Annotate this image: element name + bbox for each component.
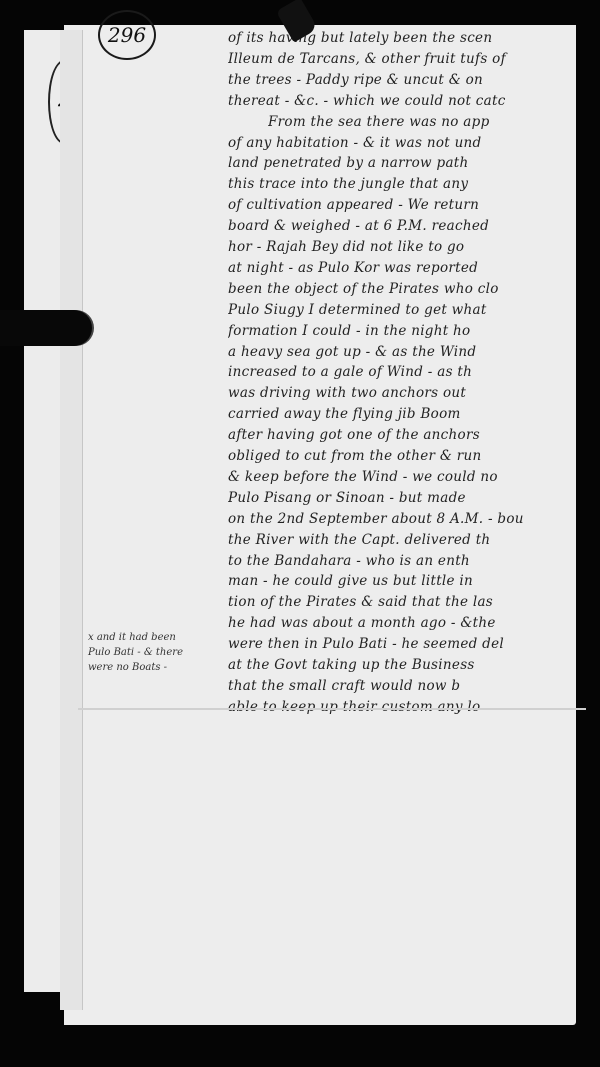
manuscript-line: the trees - Paddy ripe & uncut & on bbox=[228, 72, 590, 88]
manuscript-line: after having got one of the anchors bbox=[228, 427, 590, 443]
manuscript-line: Illeum de Tarcans, & other fruit tufs of bbox=[228, 51, 590, 67]
manuscript-line: man - he could give us but little in bbox=[228, 573, 590, 589]
manuscript-line: on the 2nd September about 8 A.M. - bou bbox=[228, 511, 590, 527]
manuscript-line: the River with the Capt. delivered th bbox=[228, 532, 590, 548]
manuscript-line: this trace into the jungle that any bbox=[228, 176, 590, 192]
manuscript-line: land penetrated by a narrow path bbox=[228, 155, 590, 171]
manuscript-line: formation I could - in the night ho bbox=[228, 323, 590, 339]
manuscript-line: of cultivation appeared - We return bbox=[228, 197, 590, 213]
manuscript-line: Pulo Pisang or Sinoan - but made bbox=[228, 490, 590, 506]
manuscript-line: thereat - &c. - which we could not catc bbox=[228, 93, 590, 109]
manuscript-line: Pulo Siugy I determined to get what bbox=[228, 302, 590, 318]
manuscript-line: been the object of the Pirates who clo bbox=[228, 281, 590, 297]
page-fold-line bbox=[78, 708, 598, 710]
manuscript-line: increased to a gale of Wind - as th bbox=[228, 364, 590, 380]
manuscript-line: & keep before the Wind - we could no bbox=[228, 469, 590, 485]
manuscript-line: were then in Pulo Bati - he seemed del bbox=[228, 636, 590, 652]
margin-note-line: were no Boats - bbox=[88, 660, 228, 675]
manuscript-line: was driving with two anchors out bbox=[228, 385, 590, 401]
manuscript-line: at the Govt taking up the Business bbox=[228, 657, 590, 673]
manuscript-line: that the small craft would now b bbox=[228, 678, 590, 694]
manuscript-line: to the Bandahara - who is an enth bbox=[228, 553, 590, 569]
binding-clip bbox=[0, 310, 92, 346]
manuscript-line: he had was about a month ago - &the bbox=[228, 615, 590, 631]
folio-number: 296 bbox=[98, 10, 156, 60]
manuscript-line: a heavy sea got up - & as the Wind bbox=[228, 344, 590, 360]
manuscript-line: of its having but lately been the scen bbox=[228, 30, 590, 46]
manuscript-line: board & weighed - at 6 P.M. reached bbox=[228, 218, 590, 234]
manuscript-line: able to keep up their custom any lo bbox=[228, 699, 590, 715]
manuscript-line: carried away the flying jib Boom bbox=[228, 406, 590, 422]
manuscript-line: hor - Rajah Bey did not like to go bbox=[228, 239, 590, 255]
manuscript-line: at night - as Pulo Kor was reported bbox=[228, 260, 590, 276]
margin-note-line: Pulo Bati - & there bbox=[88, 645, 228, 660]
manuscript-line: obliged to cut from the other & run bbox=[228, 448, 590, 464]
manuscript-line: tion of the Pirates & said that the las bbox=[228, 594, 590, 610]
manuscript-line: of any habitation - & it was not und bbox=[228, 135, 590, 151]
scan-right-border bbox=[586, 0, 600, 1067]
margin-note-line: x and it had been bbox=[88, 630, 228, 645]
manuscript-line: From the sea there was no app bbox=[268, 114, 600, 130]
margin-note: x and it had been Pulo Bati - & there we… bbox=[88, 630, 228, 675]
binding-stub bbox=[60, 30, 83, 1010]
